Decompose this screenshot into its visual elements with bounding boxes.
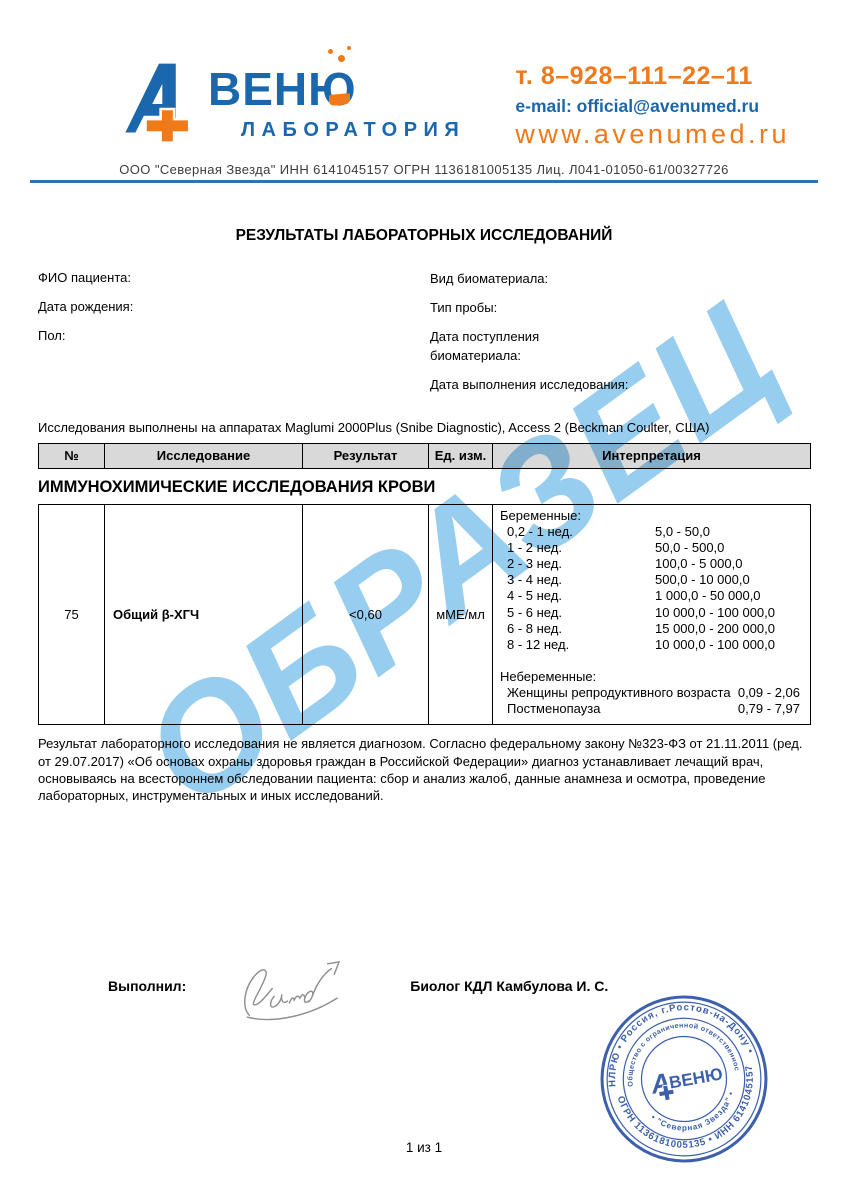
interp-group-nonpregnant: Небеременные: xyxy=(500,669,804,685)
avenu-logo: ВЕНЮ ЛАБОРАТОРИЯ xyxy=(122,56,465,152)
logo-letter-a-with-cross-icon xyxy=(122,56,206,152)
brand-name: ВЕНЮ xyxy=(208,66,357,112)
interp-nonpregnant-row: Женщины репродуктивного возраста 0,09 - … xyxy=(500,685,804,701)
interp-label: 0,2 - 1 нед. xyxy=(500,524,655,540)
cell-result: <0,60 xyxy=(303,504,429,724)
executor-label: Выполнил: xyxy=(108,978,186,994)
cell-unit: мМЕ/мл xyxy=(429,504,493,724)
lab-report-page: ОБРАЗЕЦ ВЕНЮ ЛАБОРАТОРИЯ т. 8–928–111–22… xyxy=(0,0,848,1199)
flask-bubble-icon xyxy=(347,46,351,50)
logo-wordmark: ВЕНЮ ЛАБОРАТОРИЯ xyxy=(208,56,465,152)
column-number: № xyxy=(39,443,105,468)
executor-name: Биолог КДЛ Камбулова И. С. xyxy=(410,978,608,994)
interp-label: 1 - 2 нед. xyxy=(500,540,655,556)
seal-center-text: ВЕНЮ xyxy=(668,1063,725,1092)
results-table: 75 Общий β-ХГЧ <0,60 мМЕ/мл Беременные: … xyxy=(38,504,811,725)
field-birth-date: Дата рождения: xyxy=(38,299,430,314)
company-registration-line: ООО "Северная Звезда" ИНН 6141045157 ОГР… xyxy=(0,162,848,177)
field-biomaterial-received-date: Дата поступления биоматериала: xyxy=(430,328,630,364)
report-body: РЕЗУЛЬТАТЫ ЛАБОРАТОРНЫХ ИССЛЕДОВАНИЙ ФИО… xyxy=(0,227,848,805)
interp-label: 2 - 3 нед. xyxy=(500,556,655,572)
table-row: 75 Общий β-ХГЧ <0,60 мМЕ/мл Беременные: … xyxy=(39,504,811,724)
handwritten-signature xyxy=(234,960,362,1022)
interp-range: 0,79 - 7,97 xyxy=(738,701,800,717)
column-result: Результат xyxy=(303,443,429,468)
interp-label: Женщины репродуктивного возраста xyxy=(507,685,731,701)
field-sex: Пол: xyxy=(38,328,430,343)
interp-range: 500,0 - 10 000,0 xyxy=(655,572,804,588)
results-table-header: № Исследование Результат Ед. изм. Интерп… xyxy=(38,443,811,469)
interp-range: 5,0 - 50,0 xyxy=(655,524,804,540)
executor-row: Выполнил: Биолог КДЛ Камбулова И. С. xyxy=(108,978,608,1022)
field-test-performed-date: Дата выполнения исследования: xyxy=(430,376,630,394)
interp-label: Постменопауза xyxy=(507,701,600,717)
cell-interpretation: Беременные: 0,2 - 1 нед.5,0 - 50,0 1 - 2… xyxy=(493,504,811,724)
patient-info-section: ФИО пациента: Дата рождения: Пол: Вид би… xyxy=(38,270,810,405)
field-sample-type: Тип пробы: xyxy=(430,299,630,317)
flask-bubble-icon xyxy=(338,55,345,62)
email-address: e-mail: official@avenumed.ru xyxy=(515,96,790,117)
header-divider xyxy=(30,180,818,183)
interp-label: 3 - 4 нед. xyxy=(500,572,655,588)
interp-range: 50,0 - 500,0 xyxy=(655,540,804,556)
section-title-immunochemistry: ИММУНОХИМИЧЕСКИЕ ИССЛЕДОВАНИЯ КРОВИ xyxy=(38,478,810,497)
interp-pregnant-ranges: 0,2 - 1 нед.5,0 - 50,0 1 - 2 нед.50,0 - … xyxy=(500,524,804,653)
interp-range: 0,09 - 2,06 xyxy=(738,685,800,701)
patient-info-left-column: ФИО пациента: Дата рождения: Пол: xyxy=(38,270,430,405)
interp-label: 6 - 8 нед. xyxy=(500,621,655,637)
interp-range: 100,0 - 5 000,0 xyxy=(655,556,804,572)
contact-block: т. 8–928–111–22–11 e-mail: official@aven… xyxy=(515,56,790,152)
flask-icon xyxy=(329,93,350,106)
interp-label: 5 - 6 нед. xyxy=(500,605,655,621)
page-number: 1 из 1 xyxy=(0,1140,848,1155)
phone-number: т. 8–928–111–22–11 xyxy=(515,62,790,91)
column-test: Исследование xyxy=(105,443,303,468)
interp-label: 4 - 5 нед. xyxy=(500,588,655,604)
field-patient-name: ФИО пациента: xyxy=(38,270,430,285)
equipment-note: Исследования выполнены на аппаратах Magl… xyxy=(38,420,810,435)
interp-range: 10 000,0 - 100 000,0 xyxy=(655,637,804,653)
patient-info-right-column: Вид биоматериала: Тип пробы: Дата поступ… xyxy=(430,270,630,405)
cell-test-name: Общий β-ХГЧ xyxy=(105,504,303,724)
brand-text: ВЕНЮ xyxy=(208,63,357,115)
interp-range: 15 000,0 - 200 000,0 xyxy=(655,621,804,637)
website-url: www.avenumed.ru xyxy=(515,119,790,150)
interp-range: 1 000,0 - 50 000,0 xyxy=(655,588,804,604)
logo-subtitle: ЛАБОРАТОРИЯ xyxy=(241,119,465,142)
column-interpretation: Интерпретация xyxy=(493,443,811,468)
interp-label: 8 - 12 нед. xyxy=(500,637,655,653)
letterhead: ВЕНЮ ЛАБОРАТОРИЯ т. 8–928–111–22–11 e-ma… xyxy=(0,0,848,152)
interp-group-pregnant: Беременные: xyxy=(500,508,804,524)
interp-nonpregnant-row: Постменопауза 0,79 - 7,97 xyxy=(500,701,804,717)
interp-range: 10 000,0 - 100 000,0 xyxy=(655,605,804,621)
legal-disclaimer: Результат лабораторного исследования не … xyxy=(38,735,810,805)
column-unit: Ед. изм. xyxy=(429,443,493,468)
page-title: РЕЗУЛЬТАТЫ ЛАБОРАТОРНЫХ ИССЛЕДОВАНИЙ xyxy=(38,227,810,245)
field-biomaterial-type: Вид биоматериала: xyxy=(430,270,630,288)
cell-number: 75 xyxy=(39,504,105,724)
flask-bubble-icon xyxy=(328,49,333,54)
